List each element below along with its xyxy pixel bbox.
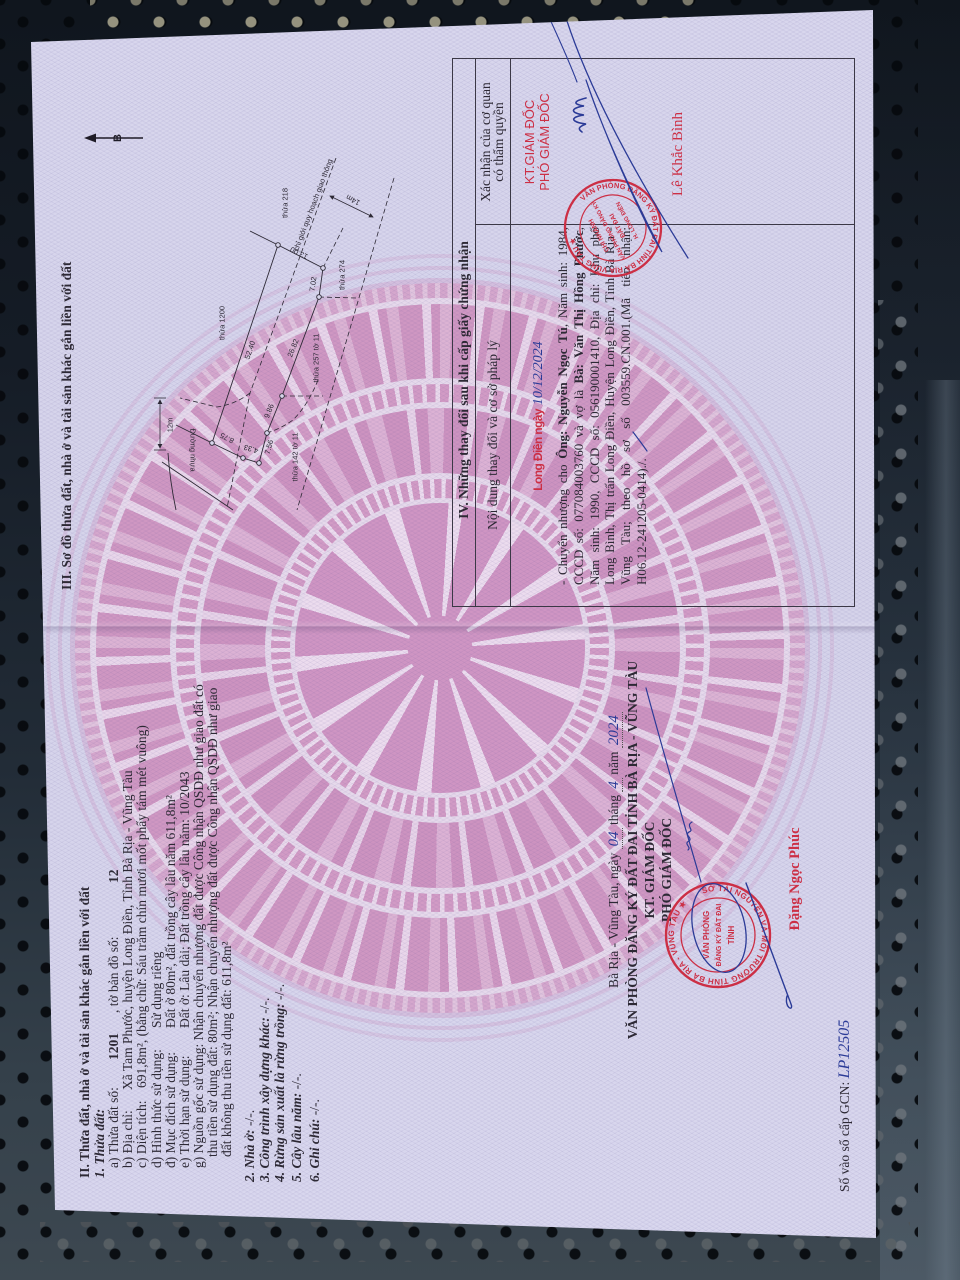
initial-mark-icon xyxy=(633,432,647,451)
signature-left-icon xyxy=(646,688,792,1008)
background-highlight xyxy=(925,380,960,1280)
signatures xyxy=(20,0,900,1240)
signature-right-icon xyxy=(542,2,688,451)
perforated-surface-right xyxy=(878,300,918,1260)
land-use-certificate: II. Thửa đất, nhà ở và tài sản khác gắn … xyxy=(20,0,900,1240)
